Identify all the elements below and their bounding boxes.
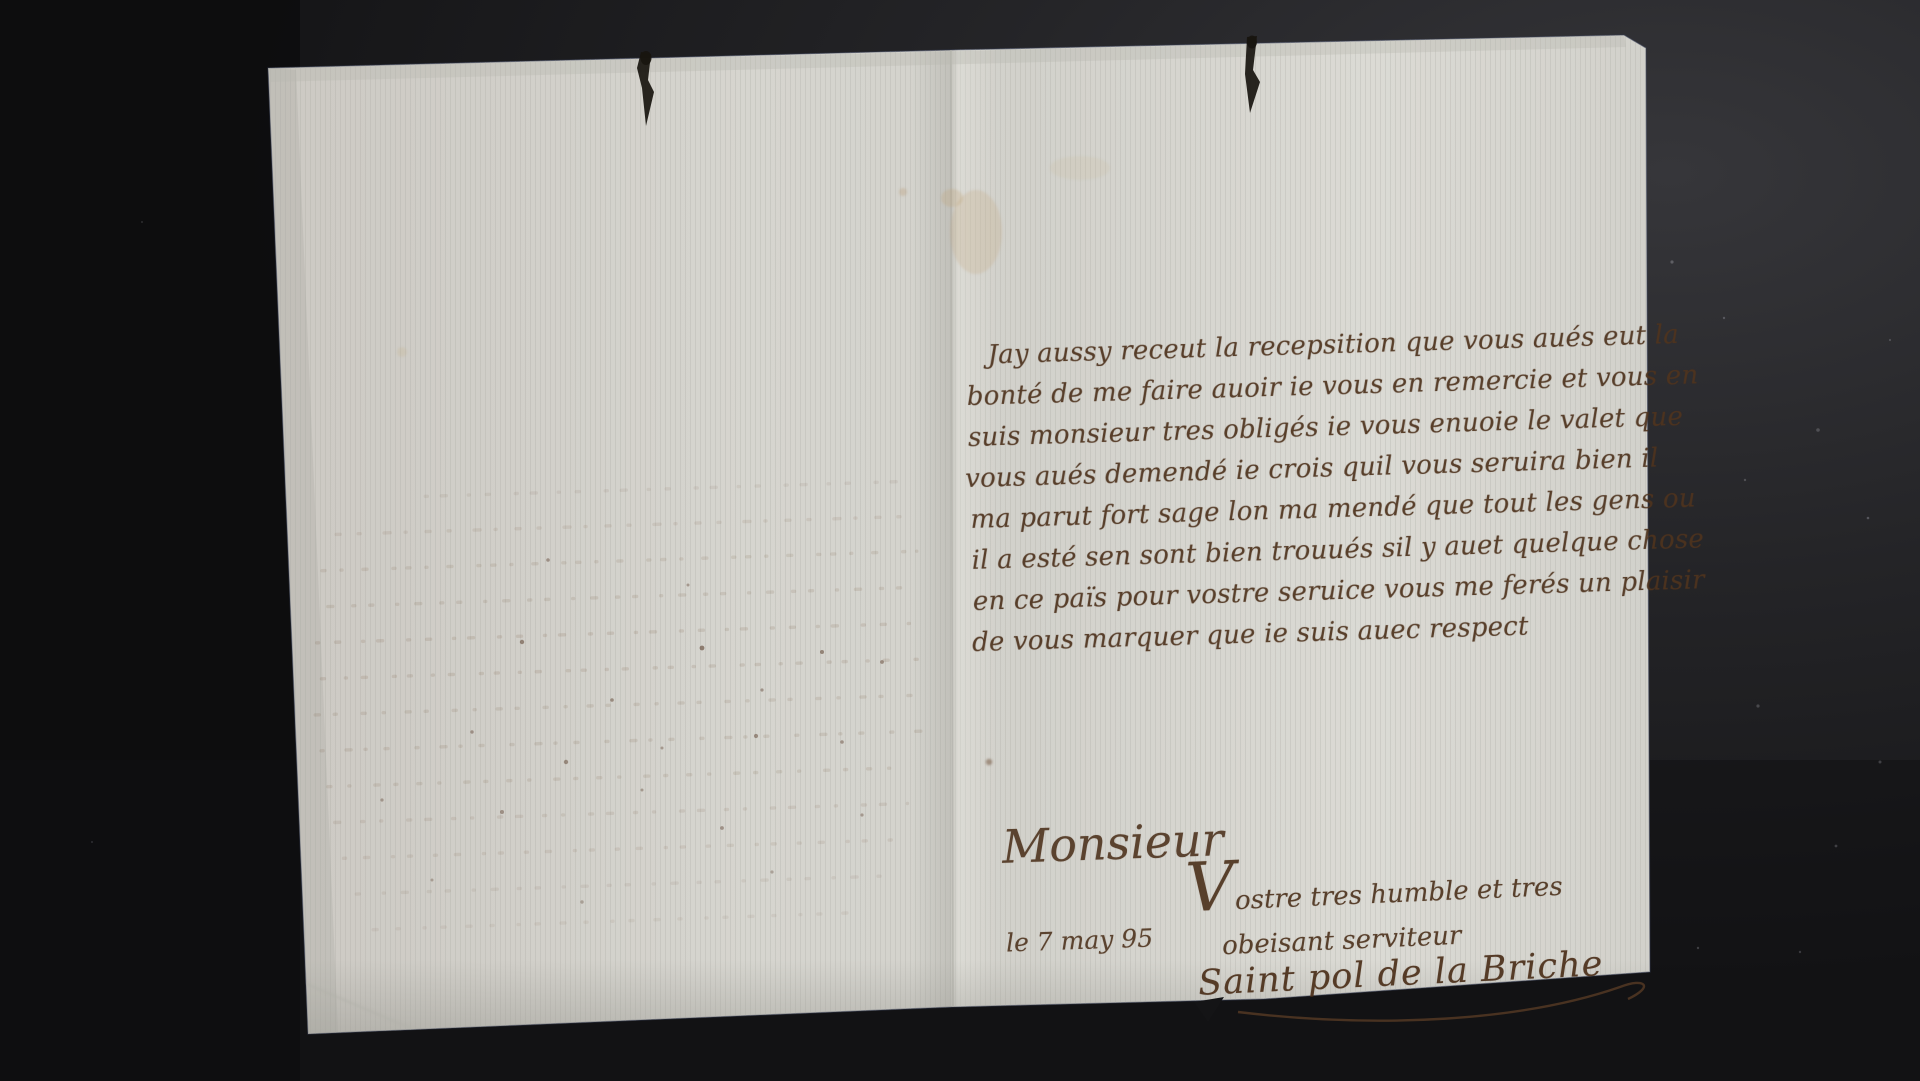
top-tear-right-blot: [1247, 36, 1257, 49]
letter-photograph: Jay aussy receut la recepsition que vous…: [0, 0, 1920, 1081]
letter-date: le 7 may 95: [1006, 923, 1154, 957]
top-tear-left-blot: [641, 51, 652, 65]
letter-body: Jay aussy receut la recepsition que vous…: [965, 314, 1707, 664]
